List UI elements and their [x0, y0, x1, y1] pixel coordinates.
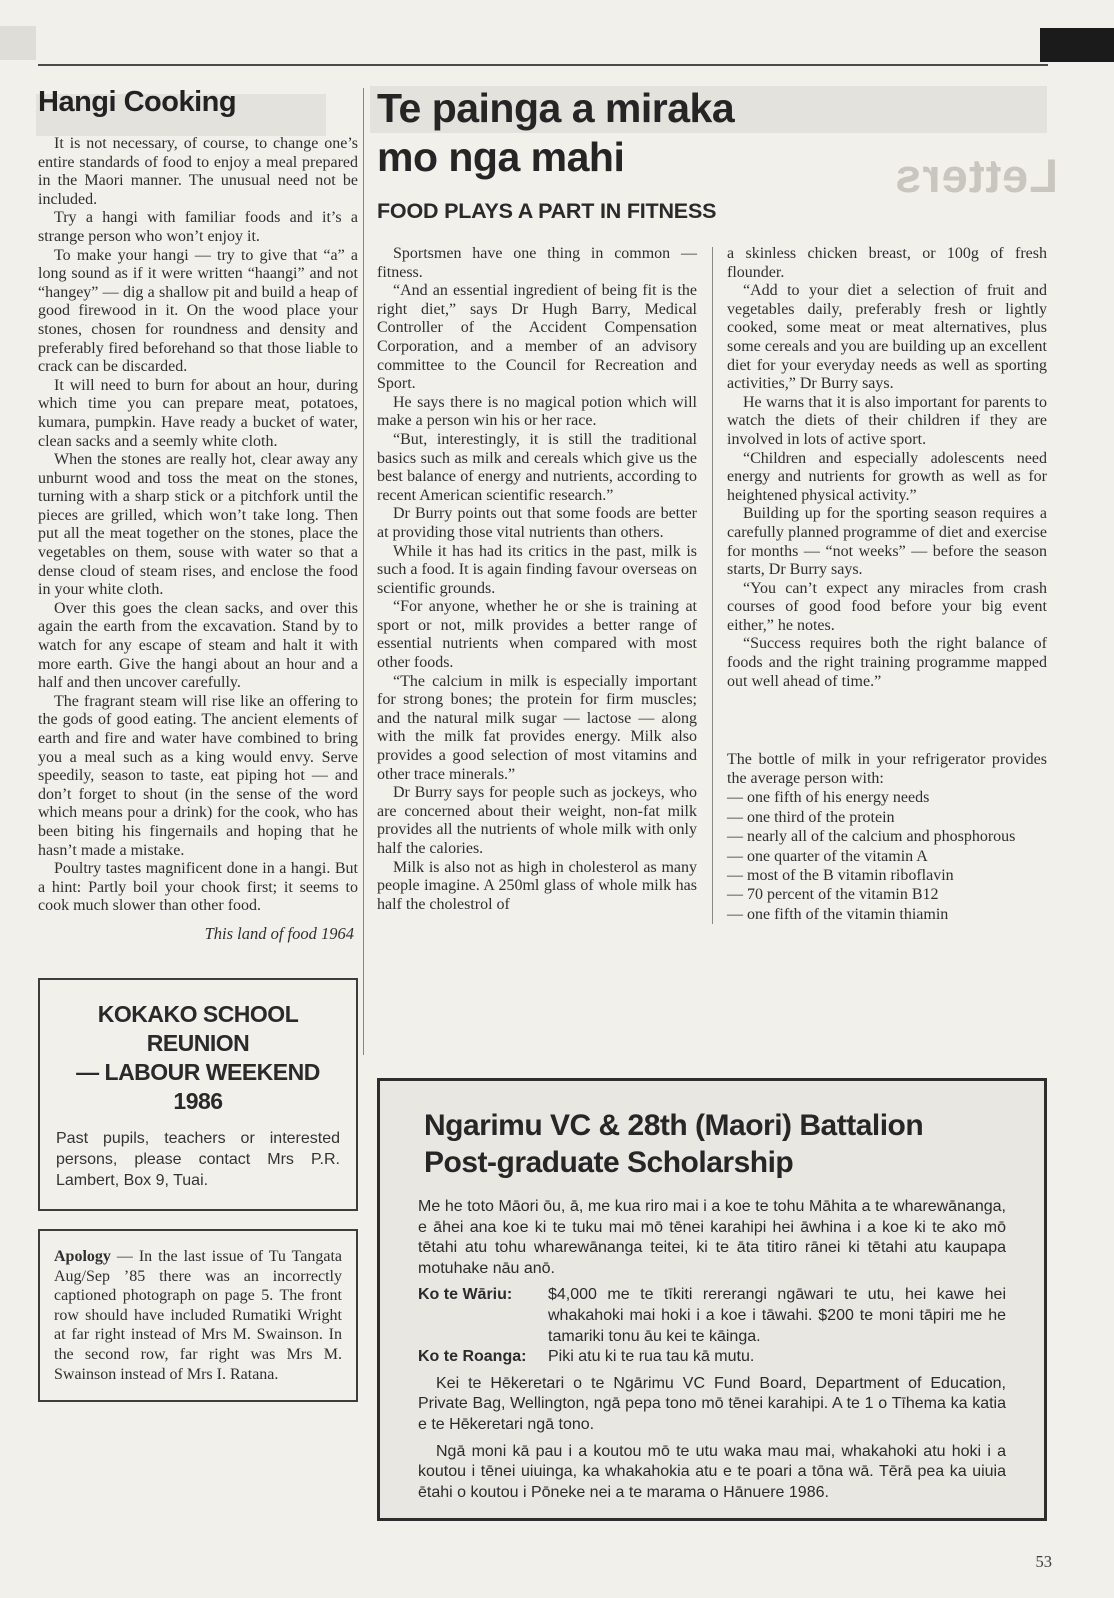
article-columns: Sportsmen have one thing in common — fit… [377, 245, 1047, 924]
scholarship-paragraph: Ngā moni kā pau i a koutou mō te utu wak… [418, 1442, 1006, 1504]
article-paragraph: It is not necessary, of course, to chang… [38, 135, 358, 209]
article-byline: This land of food 1964 [38, 924, 358, 944]
apology-body: — In the last issue of Tu Tangata Aug/Se… [54, 1248, 342, 1383]
list-item: — one fifth of his energy needs [727, 788, 1047, 807]
kokako-title-line1: KOKAKO SCHOOL REUNION [98, 1001, 299, 1056]
hangi-article-title: Hangi Cooking [38, 86, 358, 119]
apology-label: Apology [54, 1248, 111, 1265]
top-horizontal-rule [38, 64, 1048, 66]
list-item: — one quarter of the vitamin A [727, 847, 1047, 866]
scholarship-terms: Ko te Wāriu: $4,000 me te tīkiti rereran… [418, 1285, 1006, 1367]
article-paragraph: “Add to your diet a selection of fruit a… [727, 282, 1047, 394]
article-paragraph: “Success requires both the right balance… [727, 635, 1047, 691]
milk-facts-list: — one fifth of his energy needs — one th… [727, 788, 1047, 924]
kokako-notice-body: Past pupils, teachers or interested pers… [56, 1128, 340, 1191]
term-label: Ko te Roanga: [418, 1347, 548, 1368]
list-item: — nearly all of the calcium and phosphor… [727, 827, 1047, 846]
term-text: Piki atu ki te rua tau kā mutu. [548, 1347, 1006, 1368]
article-paragraph: “For anyone, whether he or she is traini… [377, 598, 697, 672]
article-paragraph: He warns that it is also important for p… [727, 394, 1047, 450]
column-divider-main [363, 88, 364, 1055]
scholarship-title-line1: Ngarimu VC & 28th (Maori) Battalion [424, 1109, 923, 1142]
headline-line1: Te painga a miraka [377, 85, 734, 131]
scan-edge-smudge [0, 26, 36, 60]
milk-fitness-article: Te painga a miraka mo nga mahi FOOD PLAY… [377, 84, 1047, 924]
apology-notice-box: Apology — In the last issue of Tu Tangat… [38, 1229, 358, 1402]
article-paragraph: Poultry tastes magnificent done in a han… [38, 860, 358, 916]
article-paragraph: a skinless chicken breast, or 100g of fr… [727, 245, 1047, 282]
scholarship-notice-box: Ngarimu VC & 28th (Maori) Battalion Post… [377, 1078, 1047, 1521]
list-item: — one third of the protein [727, 808, 1047, 827]
main-headline: Te painga a miraka mo nga mahi [377, 84, 1047, 182]
article-paragraph: “Children and especially adolescents nee… [727, 450, 1047, 506]
main-subhead: FOOD PLAYS A PART IN FITNESS [377, 199, 1047, 224]
hangi-article-body: It is not necessary, of course, to chang… [38, 135, 358, 916]
article-paragraph: He says there is no magical potion which… [377, 394, 697, 431]
apology-text: Apology — In the last issue of Tu Tangat… [54, 1247, 342, 1384]
scholarship-term-duration: Ko te Roanga: Piki atu ki te rua tau kā … [418, 1347, 1006, 1368]
milk-facts-block: The bottle of milk in your refrigerator … [727, 751, 1047, 924]
article-column-1: Sportsmen have one thing in common — fit… [377, 245, 697, 924]
scholarship-term-value: Ko te Wāriu: $4,000 me te tīkiti rereran… [418, 1285, 1006, 1347]
hangi-cooking-article: Hangi Cooking It is not necessary, of co… [38, 86, 358, 1402]
list-item: — one fifth of the vitamin thiamin [727, 905, 1047, 924]
article-paragraph: “And an essential ingredient of being fi… [377, 282, 697, 394]
milk-facts-intro: The bottle of milk in your refrigerator … [727, 751, 1047, 788]
kokako-title-line2: — LABOUR WEEKEND 1986 [76, 1059, 320, 1114]
kokako-notice-title: KOKAKO SCHOOL REUNION — LABOUR WEEKEND 1… [56, 1000, 340, 1116]
article-paragraph: The fragrant steam will rise like an off… [38, 693, 358, 860]
term-label: Ko te Wāriu: [418, 1285, 548, 1347]
article-paragraph: “You can’t expect any miracles from cras… [727, 580, 1047, 636]
scholarship-title: Ngarimu VC & 28th (Maori) Battalion Post… [424, 1107, 1006, 1181]
article-paragraph: Building up for the sporting season requ… [727, 505, 1047, 579]
scholarship-title-line2: Post-graduate Scholarship [424, 1146, 793, 1179]
column-divider-inner [712, 247, 713, 924]
article-paragraph: While it has had its critics in the past… [377, 543, 697, 599]
scholarship-paragraph: Kei te Hēkeretari o te Ngārimu VC Fund B… [418, 1374, 1006, 1436]
scanned-magazine-page: { "page": { "number": "53" }, "artifacts… [0, 0, 1114, 1598]
article-paragraph: To make your hangi — try to give that “a… [38, 247, 358, 377]
page-number: 53 [1036, 1552, 1053, 1572]
article-paragraph: When the stones are really hot, clear aw… [38, 451, 358, 600]
kokako-reunion-notice-box: KOKAKO SCHOOL REUNION — LABOUR WEEKEND 1… [38, 978, 358, 1211]
list-item: — most of the B vitamin riboflavin [727, 866, 1047, 885]
scholarship-intro: Me he toto Māori ōu, ā, me kua riro mai … [418, 1197, 1006, 1279]
article-paragraph: Over this goes the clean sacks, and over… [38, 600, 358, 693]
article-paragraph: Try a hangi with familiar foods and it’s… [38, 209, 358, 246]
article-paragraph: It will need to burn for about an hour, … [38, 377, 358, 451]
article-paragraph: Milk is also not as high in cholesterol … [377, 859, 697, 915]
article-paragraph: Sportsmen have one thing in common — fit… [377, 245, 697, 282]
scan-corner-mark [1040, 28, 1114, 62]
headline-line2: mo nga mahi [377, 134, 624, 180]
article-column-2: a skinless chicken breast, or 100g of fr… [727, 245, 1047, 924]
article-paragraph: Dr Burry points out that some foods are … [377, 505, 697, 542]
article-paragraph: “But, interestingly, it is still the tra… [377, 431, 697, 505]
term-text: $4,000 me te tīkiti rererangi ngāwari te… [548, 1285, 1006, 1347]
list-item: — 70 percent of the vitamin B12 [727, 885, 1047, 904]
article-paragraph: “The calcium in milk is especially impor… [377, 673, 697, 785]
article-paragraph: Dr Burry says for people such as jockeys… [377, 784, 697, 858]
